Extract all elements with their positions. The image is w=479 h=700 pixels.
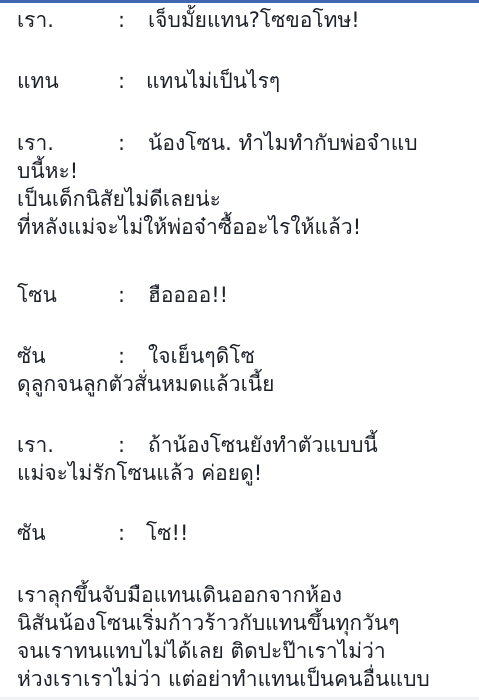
speaker-name: เรา. [17, 6, 54, 35]
dialogue-message: ถ้าน้องโซนยังทำตัวแบบนี้ [148, 431, 378, 460]
narration-line: จนเราทนแทบไม่ได้เลย ติดปะป๊าเราไม่ว่า [17, 637, 386, 666]
speaker-name: ซัน [17, 342, 46, 371]
speaker-name: ซัน [17, 519, 46, 548]
speaker-name: โซน [17, 281, 57, 310]
dialogue-message: น้องโซน. ทำไมทำกับพ่อจำแบ [148, 129, 418, 158]
dialogue-message: เจ็บมั้ยแทน?โซขอโทษ! [148, 6, 360, 35]
colon-separator: : [118, 6, 125, 35]
dialogue-continuation: ที่หลังแม่จะไม่ให้พ่อจ๋าซื้ออะไรให้แล้ว! [17, 213, 361, 242]
colon-separator: : [118, 67, 125, 96]
dialogue-continuation: ดุลูกจนลูกตัวสั่นหมดแล้วเนี้ย [17, 370, 274, 399]
colon-separator: : [118, 129, 125, 158]
dialogue-message: ใจเย็นๆดิโซ [148, 342, 255, 371]
narration-line: นิสันน้องโซนเริ่มก้าวร้าวกับแทนขึ้นทุกวั… [17, 609, 400, 638]
dialogue-continuation: แม่จะไม่รักโซนแล้ว ค่อยดู! [17, 459, 262, 488]
dialogue-message: ฮืออออ!! [148, 281, 228, 310]
colon-separator: : [118, 519, 125, 548]
dialogue-continuation: บนี้หะ! [17, 157, 78, 186]
narration-line: ห่วงเราเราไม่ว่า แต่อย่าทำแทนเป็นคนอื่นแ… [17, 665, 430, 694]
speaker-name: เรา. [17, 431, 54, 460]
top-accent-bar [0, 0, 479, 3]
dialogue-message: โซ!! [146, 519, 188, 548]
dialogue-message: แทนไม่เป็นไรๆ [146, 67, 280, 96]
colon-separator: : [118, 431, 125, 460]
narration-line: เราลุกขึ้นจับมือแทนเดินออกจากห้อง [17, 581, 342, 610]
speaker-name: แทน [17, 67, 59, 96]
dialogue-continuation: เป็นเด็กนิสัยไม่ดีเลยน่ะ [17, 185, 221, 214]
speaker-name: เรา. [17, 129, 54, 158]
colon-separator: : [118, 281, 125, 310]
colon-separator: : [118, 342, 125, 371]
